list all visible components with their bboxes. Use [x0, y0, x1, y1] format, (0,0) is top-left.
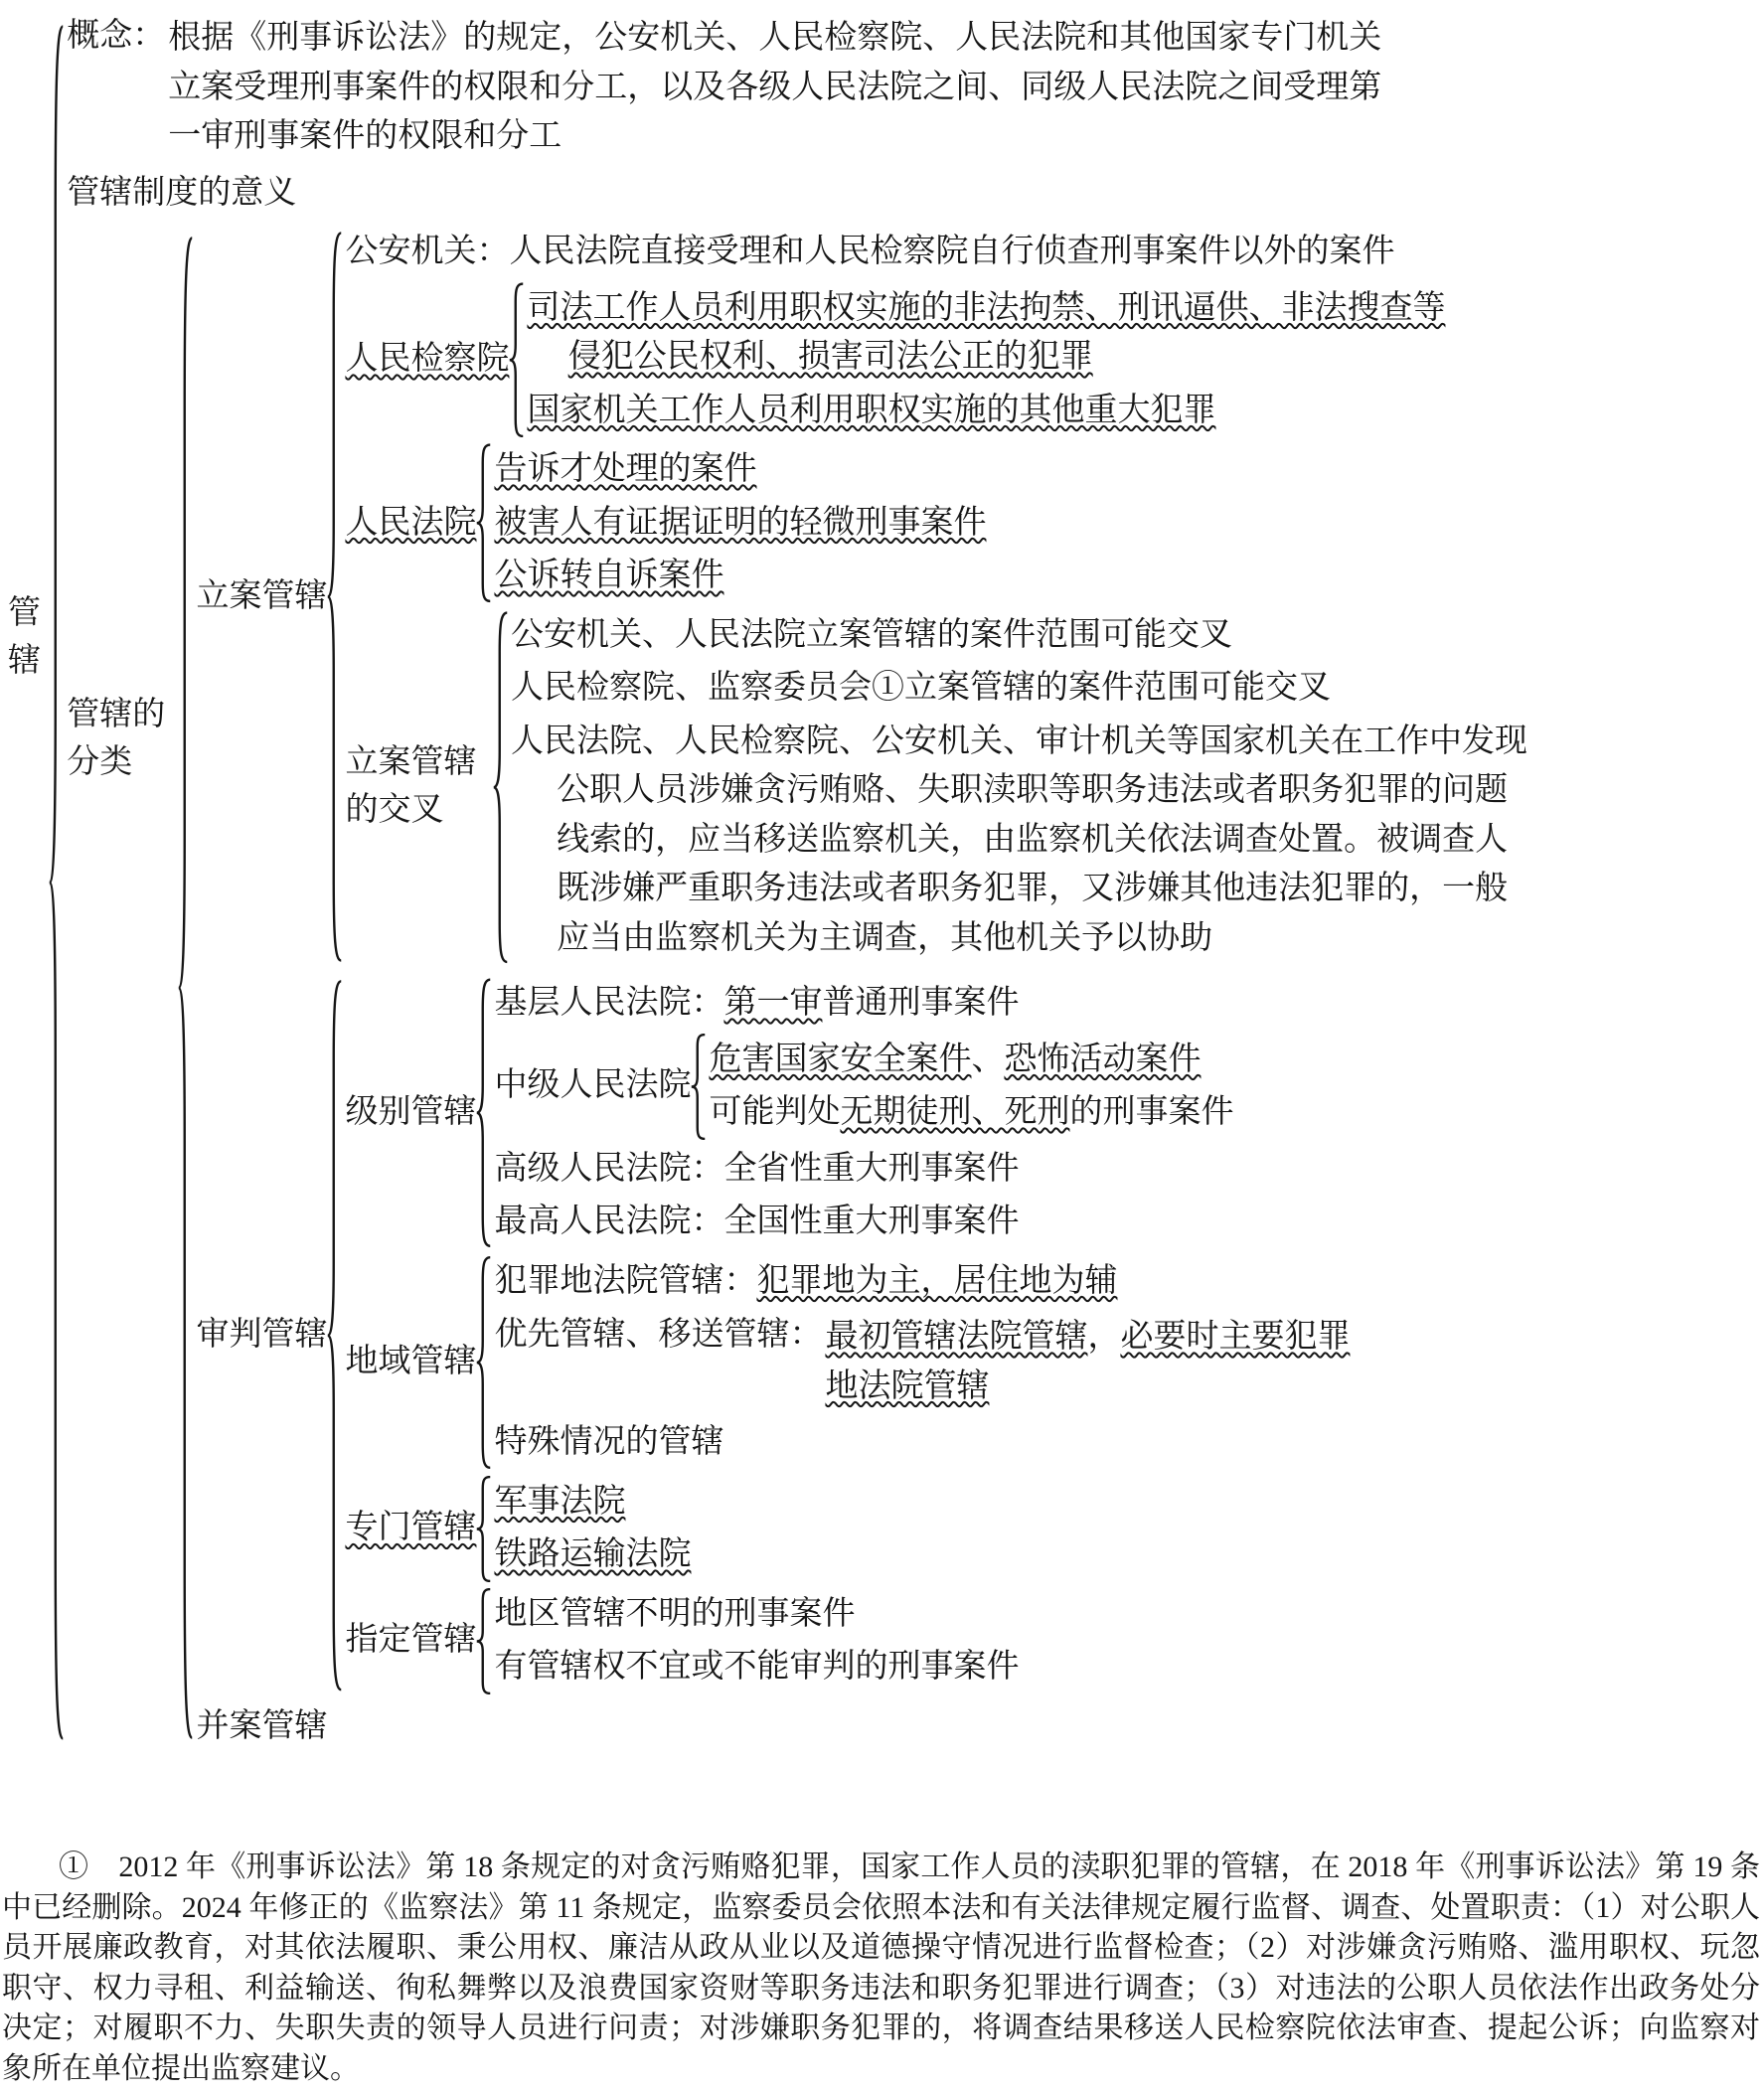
text-segment: 概念：: [67, 18, 165, 54]
text-segment: 基层人民法院：: [494, 985, 723, 1021]
text-segment: 特殊情况的管辖: [494, 1424, 723, 1460]
left-curly-brace-icon: [476, 1588, 491, 1694]
node-lian-children: 公安机关：人民法院直接受理和人民检察院自行侦查刑事案件以外的案件人民检察院司法工…: [342, 226, 1530, 968]
leaf-jb-3: 高级人民法院：全省性重大刑事案件: [494, 1145, 1233, 1195]
text-segment: 恐怖活动案件: [1004, 1042, 1201, 1077]
text-segment: 立案管辖: [196, 578, 327, 614]
text-segment: 人民法院、人民检察院、公安机关、审计机关等国家机关在工作中发现公职人员涉嫌贪污贿…: [511, 724, 1527, 956]
leaf-dy-3: 特殊情况的管辖: [494, 1418, 1366, 1468]
jurisdiction-tree: 管辖概念：根据《刑事诉讼法》的规定，公安机关、人民检察院、人民法院和其他国家专门…: [0, 0, 1764, 1756]
node-lian-label: 立案管辖: [196, 572, 327, 622]
node-zhuanmen: 专门管辖军事法院铁路运输法院: [345, 1476, 1366, 1582]
node-jiaocha: 立案管辖的交叉公安机关、人民法院立案管辖的案件范围可能交叉人民检察院、监察委员会…: [345, 609, 1530, 966]
node-jianchayuan: 人民检察院司法工作人员利用职权实施的非法拘禁、刑讯逼供、非法搜查等侵犯公民权利、…: [345, 282, 1530, 438]
text-segment: 人民检察院、监察委员会①立案管辖的案件范围可能交叉: [511, 670, 1331, 706]
node-diyu-children: 犯罪地法院管辖：犯罪地为主，居住地为辅优先管辖、移送管辖：最初管辖法院管辖，必要…: [491, 1255, 1366, 1470]
text-segment: 无期徒刑、死刑: [840, 1094, 1069, 1130]
leaf-bingan: 并案管辖: [196, 1702, 1530, 1752]
text-segment: 中级人民法院: [494, 1067, 691, 1103]
leaf-fy-2: 被害人有证据证明的轻微刑事案件: [494, 499, 986, 549]
text-segment: 人民法院: [345, 505, 476, 541]
text-segment: 普通刑事案件: [822, 985, 1019, 1021]
text-segment: 的刑事案件: [1069, 1094, 1233, 1130]
left-curly-brace-icon: [178, 223, 193, 1753]
node-zhongji: 中级人民法院危害国家安全案件、恐怖活动案件可能判处无期徒刑、死刑的刑事案件: [494, 1034, 1233, 1140]
node-root-label: 管辖: [8, 590, 49, 686]
node-fenlei: 管辖的分类立案管辖公安机关：人民法院直接受理和人民检察院自行侦查刑事案件以外的案…: [67, 223, 1530, 1753]
leaf-fy-3: 公诉转自诉案件: [494, 552, 986, 601]
text-segment: 指定管辖: [345, 1622, 476, 1658]
node-zhiding: 指定管辖地区管辖不明的刑事案件有管辖权不宜或不能审判的刑事案件: [345, 1588, 1366, 1694]
node-jibie-children: 基层人民法院：第一审普通刑事案件中级人民法院危害国家安全案件、恐怖活动案件可能判…: [491, 977, 1233, 1249]
node-jianchayuan-label: 人民检察院: [345, 335, 509, 385]
node-fayuan-label: 人民法院: [345, 499, 476, 549]
text-segment: 立案管辖的交叉: [345, 744, 476, 828]
left-curly-brace-icon: [509, 282, 524, 438]
node-zhiding-label: 指定管辖: [345, 1616, 476, 1666]
node-diyu-label: 地域管辖: [345, 1338, 476, 1387]
leaf-jc-2: 国家机关工作人员利用职权实施的其他重大犯罪: [527, 387, 1470, 436]
text-segment: 、: [971, 1042, 1004, 1077]
text-segment: 地区管辖不明的刑事案件: [494, 1596, 855, 1632]
node-jiaocha-children: 公安机关、人民法院立案管辖的案件范围可能交叉人民检察院、监察委员会①立案管辖的案…: [508, 609, 1530, 966]
leaf-zd-2: 有管辖权不宜或不能审判的刑事案件: [494, 1643, 1019, 1692]
leaf-jb-4: 最高人民法院：全国性重大刑事案件: [494, 1198, 1233, 1247]
left-curly-brace-icon: [327, 974, 342, 1697]
text-segment: 被害人有证据证明的轻微刑事案件: [494, 505, 986, 541]
text-segment: 高级人民法院：全省性重大刑事案件: [494, 1151, 1019, 1187]
leaf-zm-2: 铁路运输法院: [494, 1530, 691, 1580]
leaf-jx-3: 人民法院、人民检察院、公安机关、审计机关等国家机关在工作中发现公职人员涉嫌贪污贿…: [511, 718, 1530, 964]
footnote: ① 2012 年《刑事诉讼法》第 18 条规定的对贪污贿赂犯罪，国家工作人员的渎…: [0, 1848, 1764, 2089]
text-segment: 有管辖权不宜或不能审判的刑事案件: [494, 1649, 1019, 1685]
text-segment: 犯罪地法院管辖：: [494, 1263, 756, 1299]
text-segment: 专门管辖: [345, 1510, 476, 1545]
text-segment: 管辖: [8, 595, 41, 679]
node-zhongji-children: 危害国家安全案件、恐怖活动案件可能判处无期徒刑、死刑的刑事案件: [706, 1034, 1233, 1140]
node-shenpan-children: 级别管辖基层人民法院：第一审普通刑事案件中级人民法院危害国家安全案件、恐怖活动案…: [342, 974, 1366, 1697]
node-jiaocha-label: 立案管辖的交叉: [345, 739, 493, 835]
leaf-jc-1: 司法工作人员利用职权实施的非法拘禁、刑讯逼供、非法搜查等侵犯公民权利、损害司法公…: [527, 284, 1470, 383]
leaf-jb-1: 基层人民法院：第一审普通刑事案件: [494, 979, 1233, 1029]
left-curly-brace-icon: [49, 9, 64, 1756]
leaf-fy-1: 告诉才处理的案件: [494, 445, 986, 495]
node-gainian: 概念：根据《刑事诉讼法》的规定，公安机关、人民检察院、人民法院和其他国家专门机关…: [67, 12, 1530, 164]
node-fenlei-children: 立案管辖公安机关：人民法院直接受理和人民检察院自行侦查刑事案件以外的案件人民检察…: [193, 223, 1530, 1753]
leaf-jx-1: 公安机关、人民法院立案管辖的案件范围可能交叉: [511, 611, 1530, 661]
leaf-zm-1: 军事法院: [494, 1478, 691, 1528]
node-gainian-label: 概念：: [67, 12, 165, 62]
left-curly-brace-icon: [476, 443, 491, 603]
leaf-zd-1: 地区管辖不明的刑事案件: [494, 1590, 1019, 1640]
leaf-dy-1: 犯罪地法院管辖：犯罪地为主，居住地为辅: [494, 1257, 1366, 1307]
text-segment: 人民检察院: [345, 341, 509, 377]
node-fayuan: 人民法院告诉才处理的案件被害人有证据证明的轻微刑事案件公诉转自诉案件: [345, 443, 1530, 603]
text-segment: 管辖的分类: [67, 697, 165, 780]
text-segment: 告诉才处理的案件: [494, 451, 756, 487]
text-segment: 第一审: [723, 985, 822, 1021]
leaf-zj-1: 危害国家安全案件、恐怖活动案件: [709, 1036, 1233, 1085]
node-youxian-children: 最初管辖法院管辖，必要时主要犯罪地法院管辖: [822, 1311, 1366, 1413]
text-segment: ，: [1087, 1319, 1120, 1355]
leaf-yiyi: 管辖制度的意义: [67, 169, 1530, 219]
text-segment: 最初管辖法院管辖: [825, 1319, 1087, 1355]
leaf-jx-2: 人民检察院、监察委员会①立案管辖的案件范围可能交叉: [511, 664, 1530, 714]
text-segment: 公安机关：人民法院直接受理和人民检察院自行侦查刑事案件以外的案件: [345, 234, 1394, 269]
text-segment: 公诉转自诉案件: [494, 558, 723, 593]
text-segment: 根据《刑事诉讼法》的规定，公安机关、人民检察院、人民法院和其他国家专门机关立案受…: [168, 20, 1381, 154]
leaf-gainian-text: 根据《刑事诉讼法》的规定，公安机关、人民检察院、人民法院和其他国家专门机关立案受…: [168, 14, 1401, 162]
text-segment: 军事法院: [494, 1484, 625, 1520]
node-root: 管辖概念：根据《刑事诉讼法》的规定，公安机关、人民检察院、人民法院和其他国家专门…: [8, 9, 1764, 1756]
text-segment: 审判管辖: [196, 1317, 327, 1353]
left-curly-brace-icon: [493, 609, 508, 966]
node-zhongji-label: 中级人民法院: [494, 1061, 691, 1111]
text-segment: 级别管辖: [345, 1094, 476, 1130]
left-curly-brace-icon: [691, 1034, 706, 1140]
text-segment: 铁路运输法院: [494, 1536, 691, 1572]
node-diyu: 地域管辖犯罪地法院管辖：犯罪地为主，居住地为辅优先管辖、移送管辖：最初管辖法院管…: [345, 1255, 1366, 1470]
node-fayuan-children: 告诉才处理的案件被害人有证据证明的轻微刑事案件公诉转自诉案件: [491, 443, 986, 603]
left-curly-brace-icon: [327, 226, 342, 968]
node-fenlei-label: 管辖的分类: [67, 692, 178, 787]
text-segment: 犯罪地为主，居住地为辅: [756, 1263, 1117, 1299]
node-shenpan-label: 审判管辖: [196, 1311, 327, 1361]
node-shenpan: 审判管辖级别管辖基层人民法院：第一审普通刑事案件中级人民法院危害国家安全案件、恐…: [196, 974, 1530, 1697]
node-youxian-label: 优先管辖、移送管辖：: [494, 1311, 822, 1361]
node-root-children: 概念：根据《刑事诉讼法》的规定，公安机关、人民检察院、人民法院和其他国家专门机关…: [64, 9, 1530, 1756]
node-zhuanmen-label: 专门管辖: [345, 1504, 476, 1553]
text-segment: 公安机关、人民法院立案管辖的案件范围可能交叉: [511, 617, 1232, 653]
text-segment: 最高人民法院：全国性重大刑事案件: [494, 1204, 1019, 1239]
text-segment: 国家机关工作人员利用职权实施的其他重大犯罪: [527, 393, 1215, 428]
text-segment: 优先管辖、移送管辖：: [494, 1317, 822, 1353]
node-jibie-label: 级别管辖: [345, 1088, 476, 1138]
leaf-gongan: 公安机关：人民法院直接受理和人民检察院自行侦查刑事案件以外的案件: [345, 228, 1530, 277]
left-curly-brace-icon: [476, 1476, 491, 1582]
text-segment: 危害国家安全案件: [709, 1042, 971, 1077]
node-youxian: 优先管辖、移送管辖：最初管辖法院管辖，必要时主要犯罪地法院管辖: [494, 1311, 1366, 1413]
text-segment: 可能判处: [709, 1094, 840, 1130]
text-segment: 并案管辖: [196, 1708, 327, 1744]
left-curly-brace-icon: [476, 1255, 491, 1470]
text-segment: 管辖制度的意义: [67, 175, 296, 211]
node-zhuanmen-children: 军事法院铁路运输法院: [491, 1476, 691, 1582]
text-segment: 地域管辖: [345, 1344, 476, 1379]
leaf-yx-text: 最初管辖法院管辖，必要时主要犯罪地法院管辖: [825, 1313, 1366, 1411]
left-curly-brace-icon: [476, 977, 491, 1249]
node-gainian-children: 根据《刑事诉讼法》的规定，公安机关、人民检察院、人民法院和其他国家专门机关立案受…: [165, 12, 1401, 164]
node-jianchayuan-children: 司法工作人员利用职权实施的非法拘禁、刑讯逼供、非法搜查等侵犯公民权利、损害司法公…: [524, 282, 1470, 438]
leaf-zj-2: 可能判处无期徒刑、死刑的刑事案件: [709, 1088, 1233, 1138]
node-jibie: 级别管辖基层人民法院：第一审普通刑事案件中级人民法院危害国家安全案件、恐怖活动案…: [345, 977, 1366, 1249]
node-zhiding-children: 地区管辖不明的刑事案件有管辖权不宜或不能审判的刑事案件: [491, 1588, 1019, 1694]
node-lian: 立案管辖公安机关：人民法院直接受理和人民检察院自行侦查刑事案件以外的案件人民检察…: [196, 226, 1530, 968]
text-segment: 司法工作人员利用职权实施的非法拘禁、刑讯逼供、非法搜查等侵犯公民权利、损害司法公…: [527, 290, 1445, 376]
